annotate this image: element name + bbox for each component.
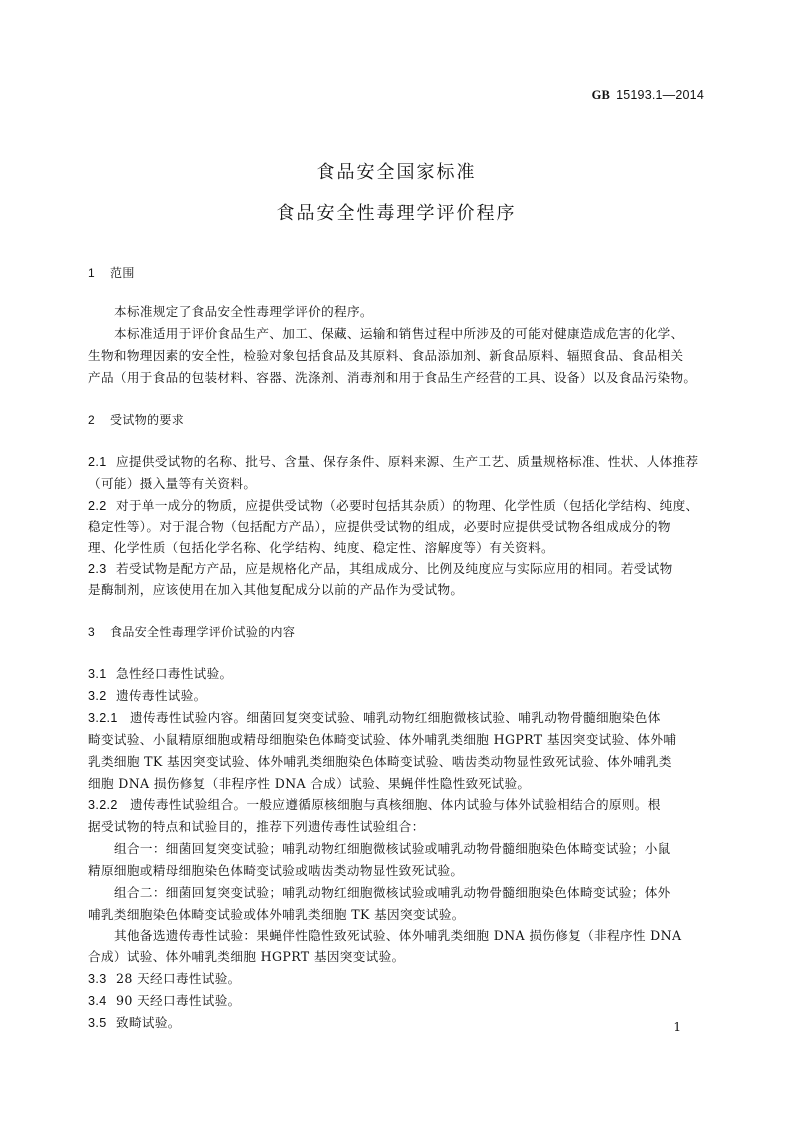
clause-line: 理、化学性质（包括化学名称、化学结构、纯度、稳定性、溶解度等）有关资料。 <box>88 537 706 558</box>
document-subtitle: 食品安全性毒理学评价程序 <box>0 199 793 225</box>
document-main-title: 食品安全国家标准 <box>0 158 793 184</box>
clause-line: 畸变试验、小鼠精原细胞或精母细胞染色体畸变试验、体外哺乳类细胞 HGPRT 基因… <box>88 729 706 750</box>
combination-one: 组合一：细菌回复突变试验；哺乳动物红细胞微核试验或哺乳动物骨髓细胞染色体畸变试验… <box>88 838 732 859</box>
clause-line: 精原细胞或精母细胞染色体畸变试验或啮齿类动物显性致死试验。 <box>88 860 706 881</box>
clause-3-4: 3.490 天经口毒性试验。 <box>88 990 706 1012</box>
standard-number: GB15193.1—2014 <box>592 88 704 103</box>
combination-two: 组合二：细菌回复突变试验；哺乳动物红细胞微核试验或哺乳动物骨髓细胞染色体畸变试验… <box>88 882 732 903</box>
clause-3-5: 3.5致畸试验。 <box>88 1012 706 1034</box>
clause-line: 合成）试验、体外哺乳类细胞 HGPRT 基因突变试验。 <box>88 946 706 967</box>
paragraph-line: 生物和物理因素的安全性，检验对象包括食品及其原料、食品添加剂、新食品原料、辐照食… <box>88 345 706 366</box>
clause-3-2-1: 3.2.1遗传毒性试验内容。细菌回复突变试验、哺乳动物红细胞微核试验、哺乳动物骨… <box>88 707 706 729</box>
clause-line: 细胞 DNA 损伤修复（非程序性 DNA 合成）试验、果蝇伴性隐性致死试验。 <box>88 773 706 794</box>
clause-line: 是酶制剂，应该使用在加入其他复配成分以前的产品作为受试物。 <box>88 579 706 600</box>
standard-code: 15193.1—2014 <box>616 88 704 102</box>
clause-2-1: 2.1应提供受试物的名称、批号、含量、保存条件、原料来源、生产工艺、质量规格标准… <box>88 451 706 473</box>
section-heading-3: 3食品安全性毒理学评价试验的内容 <box>88 622 706 643</box>
clause-3-1: 3.1急性经口毒性试验。 <box>88 663 706 685</box>
standard-prefix: GB <box>592 88 610 102</box>
clause-2-2: 2.2对于单一成分的物质，应提供受试物（必要时包括其杂质）的物理、化学性质（包括… <box>88 495 706 517</box>
clause-3-3: 3.328 天经口毒性试验。 <box>88 968 706 990</box>
clause-line: 稳定性等）。对于混合物（包括配方产品），应提供受试物的组成，必要时应提供受试物各… <box>88 516 706 537</box>
clause-line: 乳类细胞 TK 基因突变试验、体外哺乳类细胞染色体畸变试验、啮齿类动物显性致死试… <box>88 751 706 772</box>
paragraph: 本标准适用于评价食品生产、加工、保藏、运输和销售过程中所涉及的可能对健康造成危害… <box>88 323 732 344</box>
paragraph-line: 产品（用于食品的包装材料、容器、洗涤剂、消毒剂和用于食品生产经营的工具、设备）以… <box>88 367 706 388</box>
clause-3-2: 3.2遗传毒性试验。 <box>88 685 706 707</box>
clause-line: 据受试物的特点和试验目的，推荐下列遗传毒性试验组合： <box>88 816 706 837</box>
clause-line: 哺乳类细胞染色体畸变试验或体外哺乳类细胞 TK 基因突变试验。 <box>88 904 706 925</box>
other-optional-tests: 其他备选遗传毒性试验：果蝇伴性隐性致死试验、体外哺乳类细胞 DNA 损伤修复（非… <box>88 925 732 946</box>
clause-3-2-2: 3.2.2遗传毒性试验组合。一般应遵循原核细胞与真核细胞、体内试验与体外试验相结… <box>88 794 706 816</box>
paragraph: 本标准规定了食品安全性毒理学评价的程序。 <box>88 301 732 322</box>
page-number: 1 <box>673 1020 681 1034</box>
clause-line: （可能）摄入量等有关资料。 <box>88 473 706 494</box>
clause-2-3: 2.3若受试物是配方产品，应是规格化产品，其组成成分、比例及纯度应与实际应用的相… <box>88 558 706 580</box>
section-heading-2: 2受试物的要求 <box>88 410 706 431</box>
section-heading-1: 1范围 <box>88 263 706 284</box>
